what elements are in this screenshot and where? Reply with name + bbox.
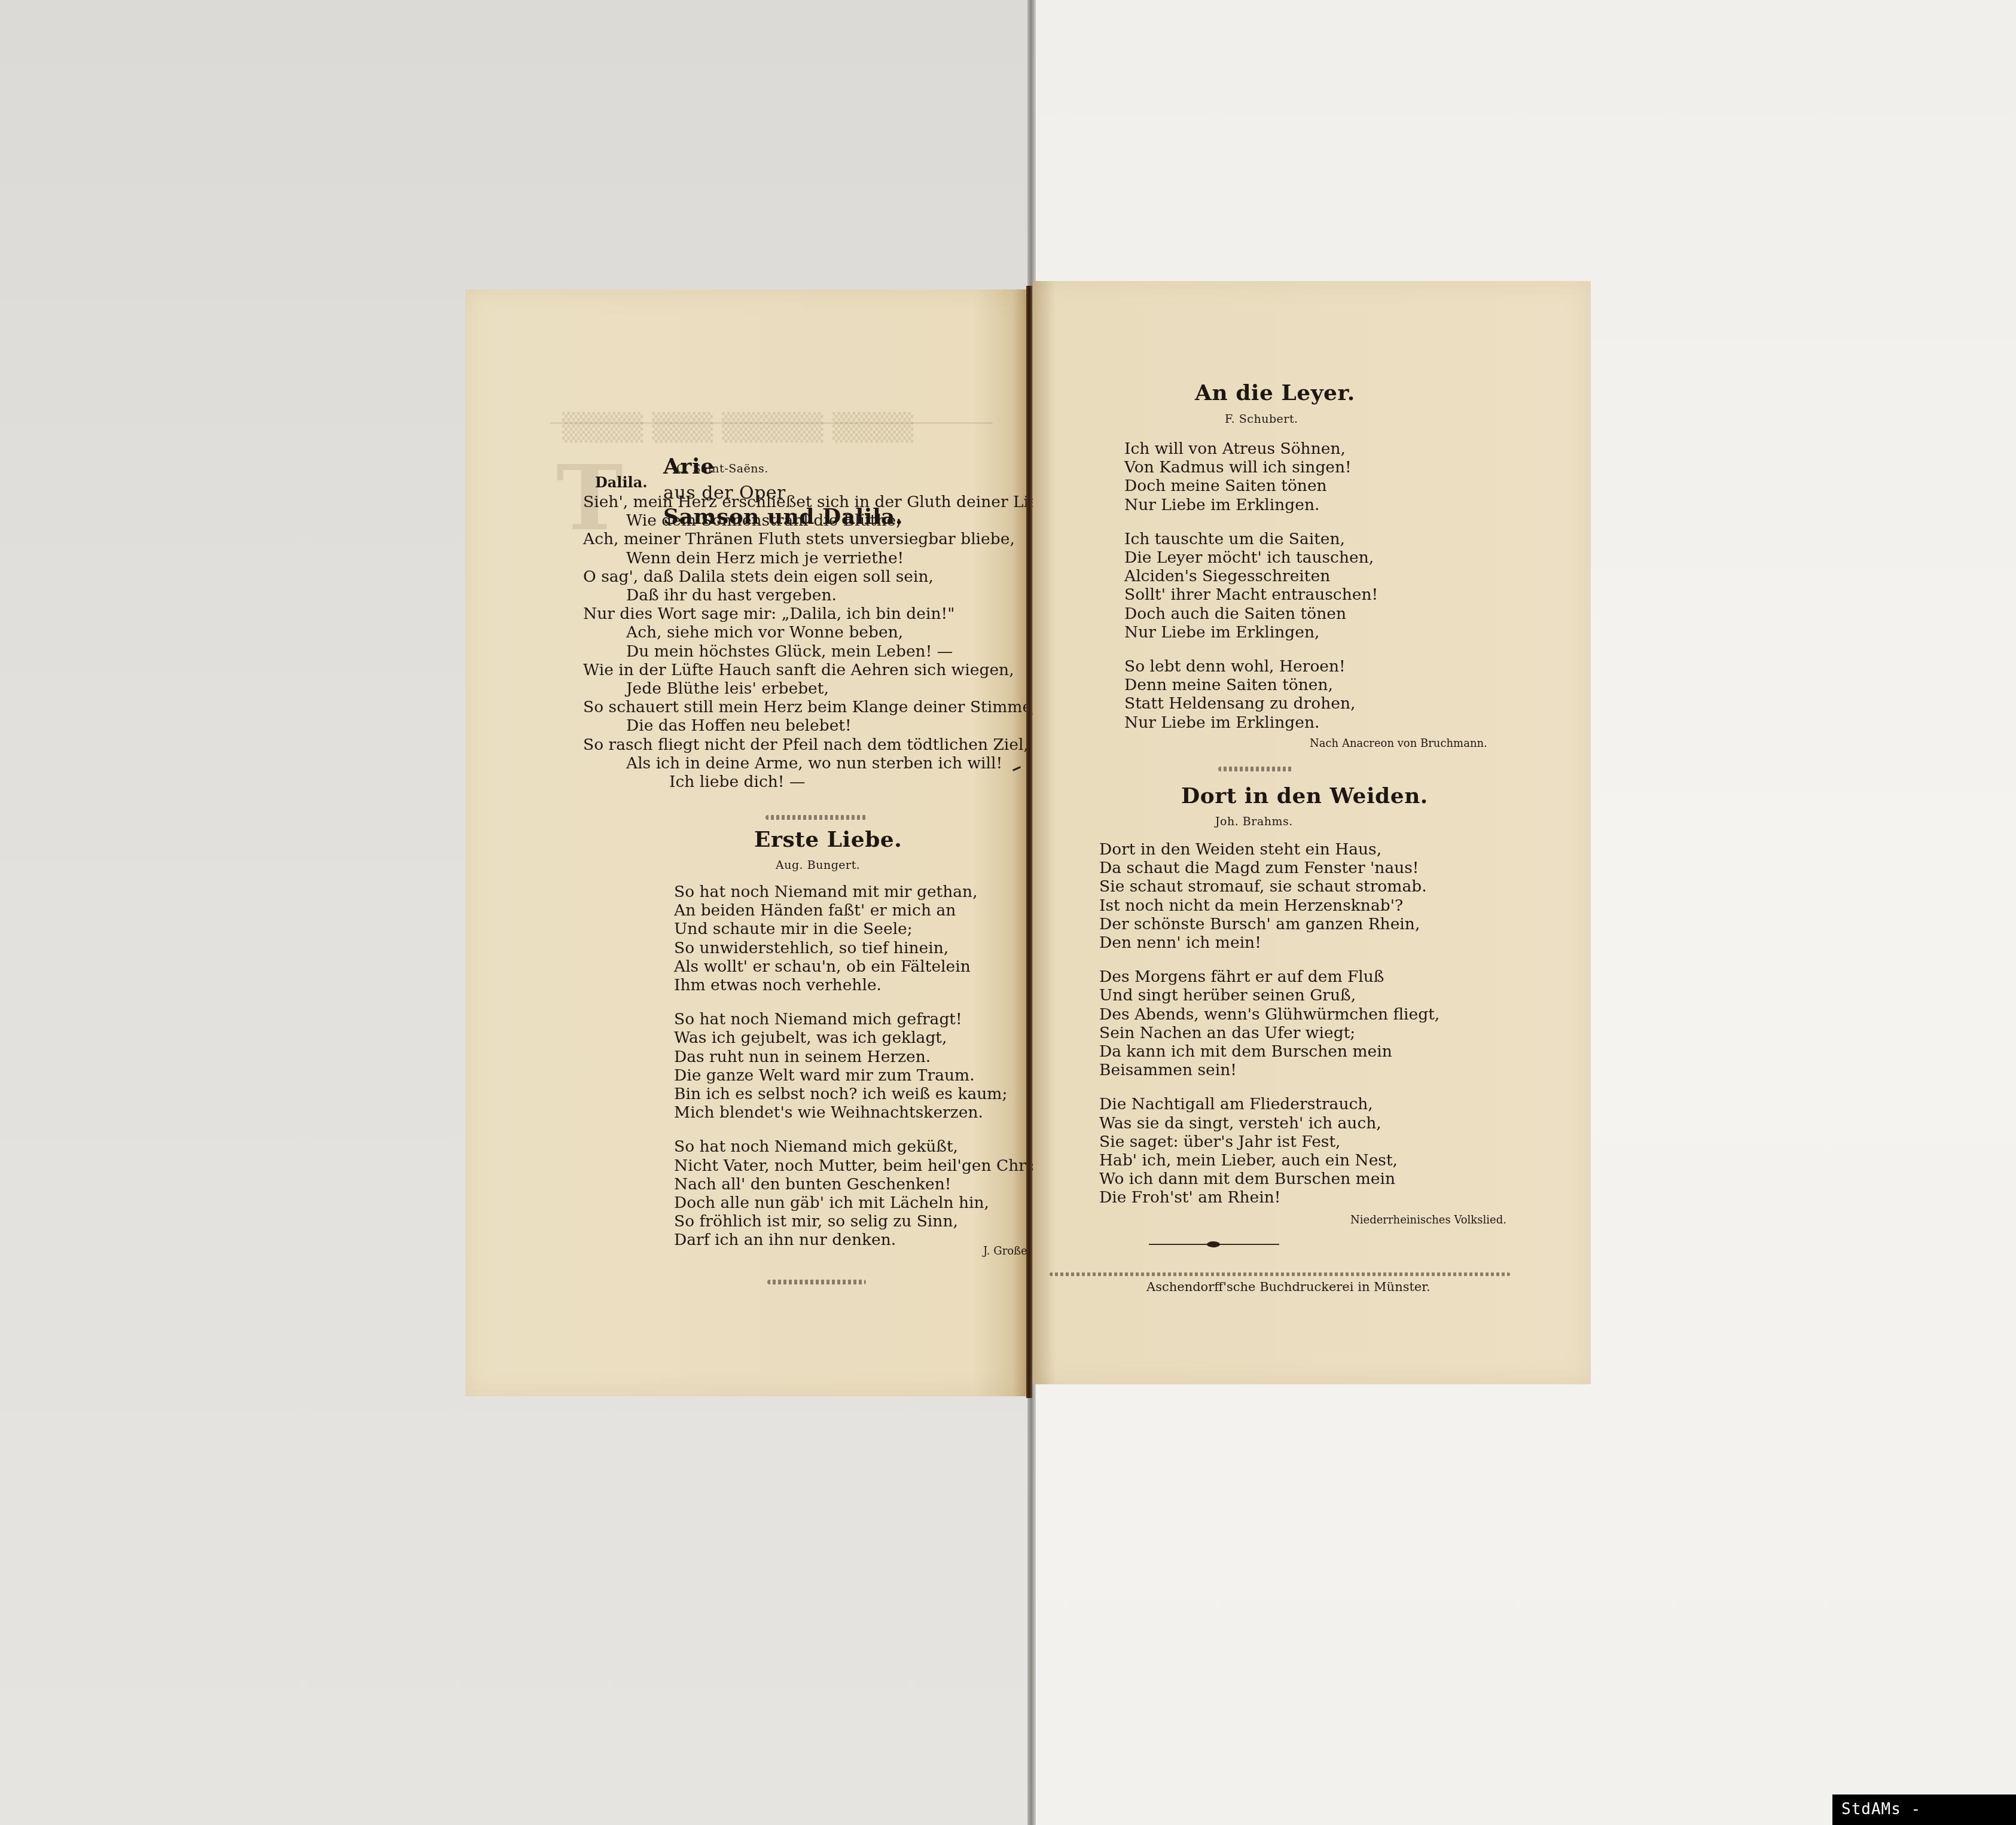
divider-wavy-3	[1218, 767, 1293, 771]
lyric-line: Ich liebe dich! —	[583, 773, 1026, 791]
stanza: So lebt denn wohl, Heroen!Denn meine Sai…	[1124, 657, 1423, 732]
divider-wavy-2	[767, 1280, 866, 1284]
song3-composer: F. Schubert.	[1225, 413, 1298, 426]
lyric-line: Des Abends, wenn's Glühwürmchen fliegt,	[1099, 1005, 1434, 1024]
lyric-line: Die Froh'st' am Rhein!	[1099, 1188, 1434, 1207]
song1-composer: C. Saint-Saëns.	[676, 462, 768, 475]
song2-lyrics: So hat noch Niemand mit mir gethan,An be…	[674, 883, 1015, 1265]
song4-composer: Joh. Brahms.	[1215, 815, 1293, 828]
lyric-line: So fröhlich ist mir, so selig zu Sinn,	[674, 1212, 1015, 1231]
lyric-line: Sie saget: über's Jahr ist Fest,	[1099, 1133, 1434, 1151]
lyric-line: Den nenn' ich mein!	[1099, 933, 1434, 952]
lyric-line: Denn meine Saiten tönen,	[1124, 676, 1423, 694]
lyric-line: Die das Hoffen neu belebet!	[583, 716, 1026, 735]
lyric-line: Hab' ich, mein Lieber, auch ein Nest,	[1099, 1151, 1434, 1170]
stanza: Des Morgens fährt er auf dem FlußUnd sin…	[1099, 968, 1434, 1079]
lyric-line: Jede Blüthe leis' erbebet,	[583, 679, 1026, 698]
song3-credit: Nach Anacreon von Bruchmann.	[1310, 737, 1487, 750]
song1-speaker: Dalila.	[595, 474, 648, 491]
lyric-line: Doch alle nun gäb' ich mit Lächeln hin,	[674, 1194, 1015, 1212]
book-spine-gutter	[1026, 286, 1032, 1398]
lyric-line: Die Nachtigall am Fliederstrauch,	[1099, 1095, 1434, 1113]
printer-imprint: Aschendorff'sche Buchdruckerei in Münste…	[1146, 1280, 1431, 1294]
lyric-line: Sie schaut stromauf, sie schaut stromab.	[1099, 877, 1434, 896]
printer-divider-wavy	[1050, 1272, 1510, 1276]
song2-credit: J. Große.	[983, 1245, 1030, 1258]
lyric-line: Daß ihr du hast vergeben.	[583, 586, 1026, 605]
lyric-line: Was sie da singt, versteh' ich auch,	[1099, 1114, 1434, 1133]
lyric-line: Nur Liebe im Erklingen.	[1124, 713, 1423, 732]
song1-lyrics: Sieh', mein Herz erschließet sich in der…	[583, 493, 1026, 791]
lyric-line: Ihm etwas noch verhehle.	[674, 976, 1015, 994]
lyric-line: Als ich in deine Arme, wo nun sterben ic…	[583, 754, 1026, 773]
lyric-line: Nicht Vater, noch Mutter, beim heil'gen …	[674, 1156, 1015, 1175]
stanza: Dort in den Weiden steht ein Haus,Da sch…	[1099, 840, 1434, 952]
song4-credit: Niederrheinisches Volkslied.	[1350, 1214, 1506, 1226]
lyric-line: Beisammen sein!	[1099, 1061, 1434, 1079]
song3-lyrics: Ich will von Atreus Söhnen,Von Kadmus wi…	[1124, 440, 1423, 747]
lyric-line: Ach, siehe mich vor Wonne beben,	[583, 623, 1026, 642]
lyric-line: Als wollt' er schau'n, ob ein Fältelein	[674, 957, 1015, 976]
lyric-line: Darf ich an ihn nur denken.	[674, 1231, 1015, 1249]
lyric-line: Dort in den Weiden steht ein Haus,	[1099, 840, 1434, 859]
lyric-line: Wenn dein Herz mich je verriethe!	[583, 549, 1026, 567]
show-through-ghost-rule	[550, 422, 993, 424]
lyric-line: Wie in der Lüfte Hauch sanft die Aehren …	[583, 661, 1026, 679]
lyric-line: Die ganze Welt ward mir zum Traum.	[674, 1066, 1015, 1085]
lyric-line: So schauert still mein Herz beim Klange …	[583, 698, 1026, 716]
lyric-line: Des Morgens fährt er auf dem Fluß	[1099, 968, 1434, 986]
lyric-line: Ich tauschte um die Saiten,	[1124, 530, 1423, 548]
lyric-line: Bin ich es selbst noch? ich weiß es kaum…	[674, 1085, 1015, 1103]
stanza: Ich will von Atreus Söhnen,Von Kadmus wi…	[1124, 440, 1423, 514]
lyric-line: Da kann ich mit dem Burschen mein	[1099, 1042, 1434, 1061]
song3-title: An die Leyer.	[1195, 380, 1355, 405]
lyric-line: Das ruht nun in seinem Herzen.	[674, 1048, 1015, 1066]
lyric-line: Sein Nachen an das Ufer wiegt;	[1099, 1024, 1434, 1042]
lyric-line: So rasch fliegt nicht der Pfeil nach dem…	[583, 736, 1026, 754]
archive-id-label: StdAMs - MV_004_298	[1832, 1795, 2016, 1825]
stanza: So hat noch Niemand mich gefragt!Was ich…	[674, 1010, 1015, 1122]
lyric-line: Wie dem Sonnenstrahl die Blüthe;	[583, 511, 1026, 530]
song4-lyrics: Dort in den Weiden steht ein Haus,Da sch…	[1099, 840, 1434, 1223]
lyric-line: Nur Liebe im Erklingen.	[1124, 496, 1423, 514]
lyric-line: Wo ich dann mit dem Burschen mein	[1099, 1170, 1434, 1188]
lyric-line: Ach, meiner Thränen Fluth stets unversie…	[583, 530, 1026, 548]
lyric-line: So hat noch Niemand mit mir gethan,	[674, 883, 1015, 901]
divider-wavy-1	[765, 815, 867, 820]
lyric-line: Doch meine Saiten tönen	[1124, 477, 1423, 495]
song4-title: Dort in den Weiden.	[1181, 783, 1428, 808]
stanza: So hat noch Niemand mit mir gethan,An be…	[674, 883, 1015, 994]
lyric-line: Sieh', mein Herz erschließet sich in der…	[583, 493, 1026, 511]
song2-title: Erste Liebe.	[754, 827, 902, 852]
song2-composer: Aug. Bungert.	[776, 859, 860, 872]
lyric-line: Der schönste Bursch' am ganzen Rhein,	[1099, 915, 1434, 933]
lyric-line: Was ich gejubelt, was ich geklagt,	[674, 1029, 1015, 1047]
lyric-line: Doch auch die Saiten tönen	[1124, 605, 1423, 623]
lyric-line: Mich blendet's wie Weihnachtskerzen.	[674, 1103, 1015, 1122]
lyric-line: Sollt' ihrer Macht entrauschen!	[1124, 585, 1423, 604]
lyric-line: Ich will von Atreus Söhnen,	[1124, 440, 1423, 458]
lyric-line: O sag', daß Dalila stets dein eigen soll…	[583, 567, 1026, 586]
lyric-line: So lebt denn wohl, Heroen!	[1124, 657, 1423, 676]
lyric-line: An beiden Händen faßt' er mich an	[674, 901, 1015, 920]
ornament-center	[1207, 1241, 1220, 1247]
stanza: Die Nachtigall am Fliederstrauch,Was sie…	[1099, 1095, 1434, 1207]
lyric-line: Da schaut die Magd zum Fenster 'naus!	[1099, 859, 1434, 877]
lyric-line: Und schaute mir in die Seele;	[674, 920, 1015, 938]
lyric-line: Ist noch nicht da mein Herzensknab'?	[1099, 896, 1434, 915]
lyric-line: Statt Heldensang zu drohen,	[1124, 694, 1423, 713]
lyric-line: Nach all' den bunten Geschenken!	[674, 1175, 1015, 1194]
lyric-line: So hat noch Niemand mich geküßt,	[674, 1137, 1015, 1156]
lyric-line: Von Kadmus will ich singen!	[1124, 458, 1423, 477]
lyric-line: Und singt herüber seinen Gruß,	[1099, 986, 1434, 1005]
lyric-line: Die Leyer möcht' ich tauschen,	[1124, 548, 1423, 567]
lyric-line: So hat noch Niemand mich gefragt!	[674, 1010, 1015, 1029]
lyric-line: Du mein höchstes Glück, mein Leben! —	[583, 642, 1026, 661]
lyric-line: Nur Liebe im Erklingen,	[1124, 623, 1423, 642]
lyric-line: So unwiderstehlich, so tief hinein,	[674, 939, 1015, 957]
lyric-line: Alciden's Siegesschreiten	[1124, 567, 1423, 585]
lyric-line: Nur dies Wort sage mir: „Dalila, ich bin…	[583, 605, 1026, 623]
stanza: Ich tauschte um die Saiten,Die Leyer möc…	[1124, 530, 1423, 642]
stanza: So hat noch Niemand mich geküßt,Nicht Va…	[674, 1137, 1015, 1249]
